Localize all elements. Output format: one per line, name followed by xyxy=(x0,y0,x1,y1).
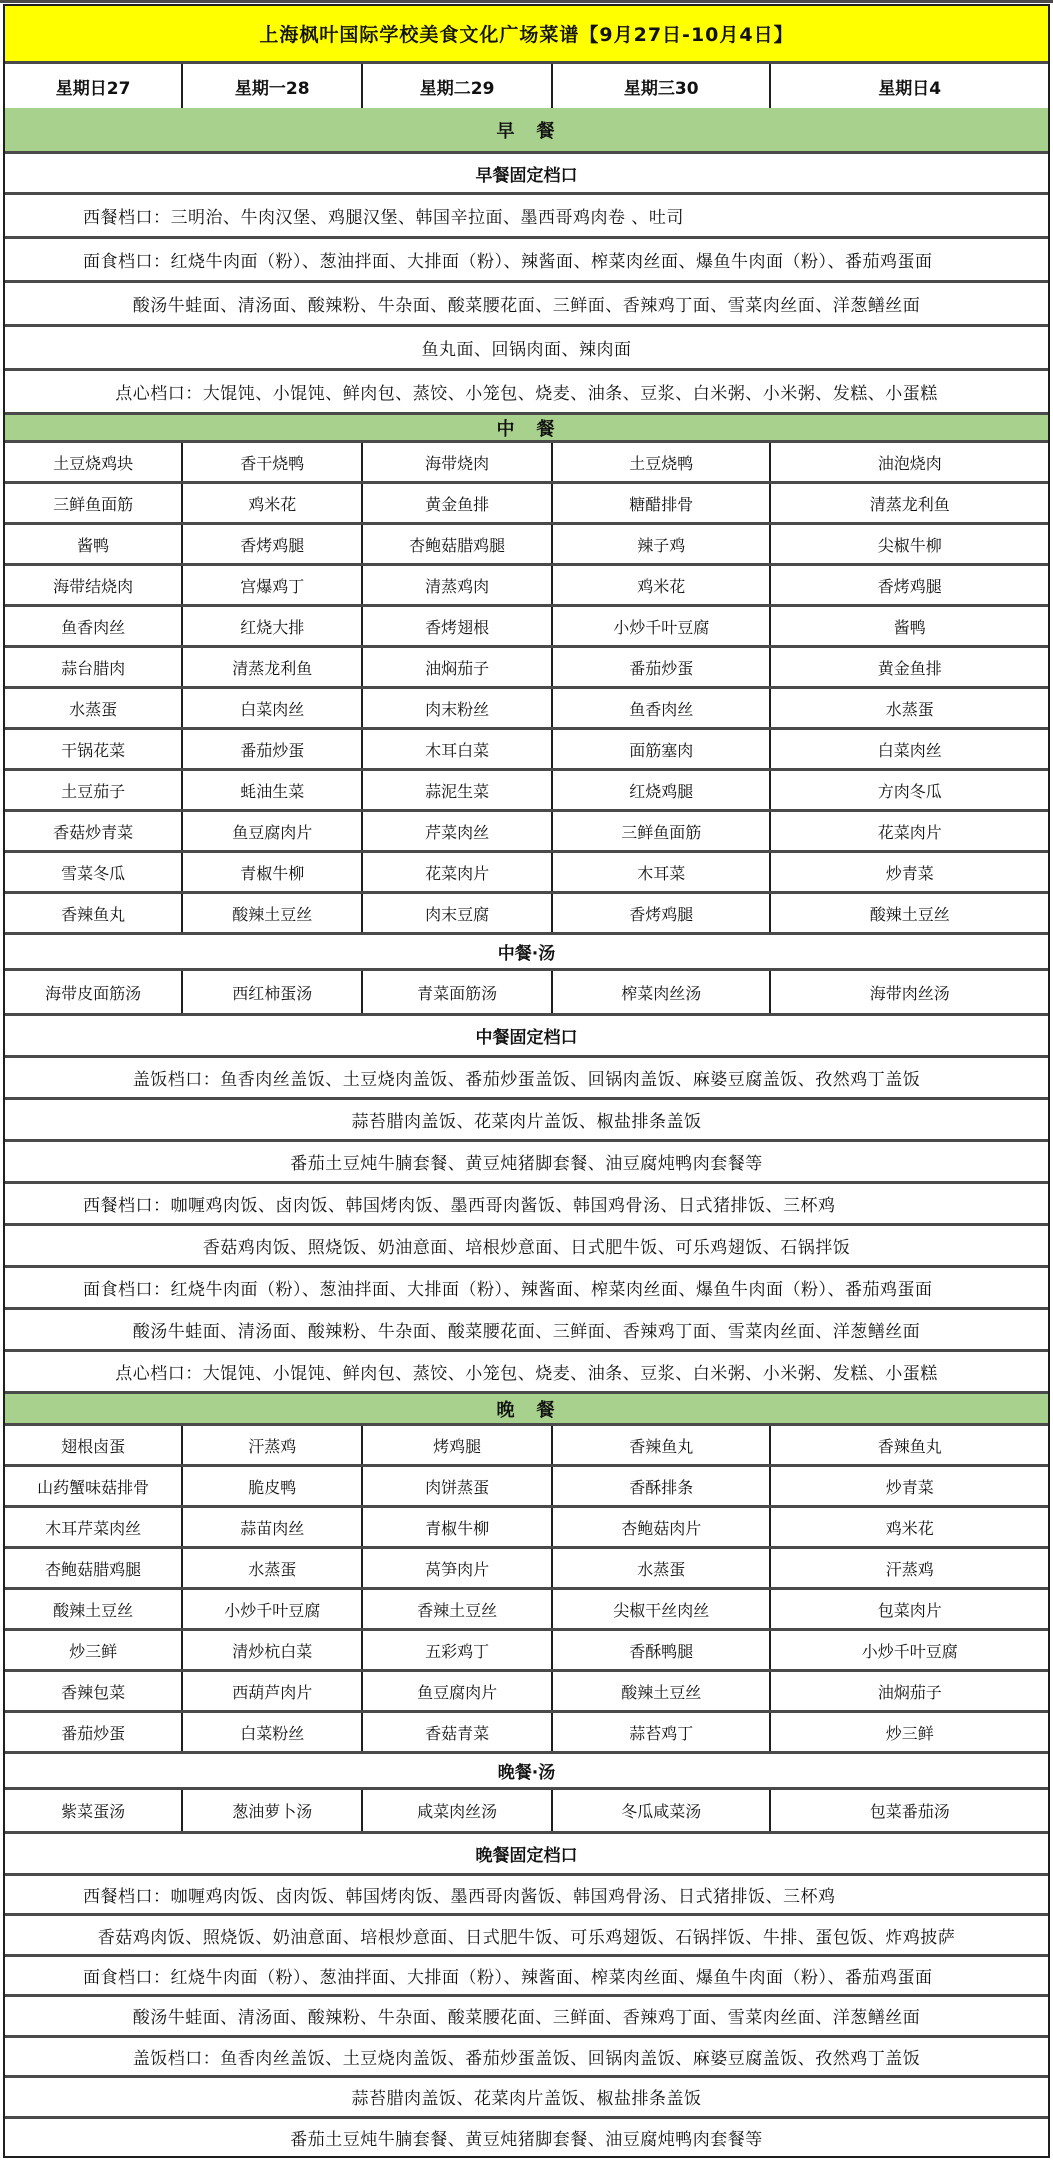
lunch-soup-cell: 海带皮面筋汤 xyxy=(5,971,181,1013)
menu-title: 上海枫叶国际学校美食文化广场菜谱【9月27日-10月4日】 xyxy=(5,6,1048,61)
dinner-dish-cell: 酸辣土豆丝 xyxy=(5,1590,181,1628)
lunch-dish-cell: 三鲜鱼面筋 xyxy=(5,484,181,522)
dinner-dish-cell: 烤鸡腿 xyxy=(361,1426,551,1464)
dinner-dish-cell: 山药蟹味菇排骨 xyxy=(5,1467,181,1505)
dinner-dish-cell: 水蒸蛋 xyxy=(551,1549,770,1587)
dinner-dish-cell: 杏鲍菇肉片 xyxy=(551,1508,770,1546)
lunch-text-row: 香菇鸡肉饭、照烧饭、奶油意面、培根炒意面、日式肥牛饭、可乐鸡翅饭、石锅拌饭 xyxy=(5,1223,1048,1265)
lunch-dish-cell: 油焖茄子 xyxy=(361,648,551,686)
dinner-dish-cell: 汗蒸鸡 xyxy=(181,1426,361,1464)
dinner-banner: 晚 餐 xyxy=(5,1391,1048,1423)
lunch-dish-cell: 雪菜冬瓜 xyxy=(5,853,181,891)
dinner-dish-cell: 炒三鲜 xyxy=(769,1713,1048,1751)
lunch-dish-cell-row: 海带结烧肉宫爆鸡丁清蒸鸡肉鸡米花香烤鸡腿 xyxy=(5,563,1048,604)
dinner-dish-cell: 小炒千叶豆腐 xyxy=(181,1590,361,1628)
lunch-dish-cell: 香菇炒青菜 xyxy=(5,812,181,850)
lunch-dish-cell: 香辣鱼丸 xyxy=(5,894,181,932)
lunch-dish-cell: 红烧鸡腿 xyxy=(551,771,770,809)
dinner-dish-cell: 香辣鱼丸 xyxy=(769,1426,1048,1464)
lunch-dish-cell-row: 土豆茄子蚝油生菜蒜泥生菜红烧鸡腿方肉冬瓜 xyxy=(5,768,1048,809)
dinner-dish-cell: 五彩鸡丁 xyxy=(361,1631,551,1669)
dinner-soup-cell: 葱油萝卜汤 xyxy=(181,1790,361,1831)
dinner-dish-cell: 白菜粉丝 xyxy=(181,1713,361,1751)
lunch-dish-cell: 花菜肉片 xyxy=(361,853,551,891)
dinner-dish-cell: 炒三鲜 xyxy=(5,1631,181,1669)
lunch-dish-cell: 黄金鱼排 xyxy=(361,484,551,522)
lunch-dish-cell: 糖醋排骨 xyxy=(551,484,770,522)
day-cell: 星期三30 xyxy=(551,64,770,108)
lunch-dish-cell-row: 干锅花菜番茄炒蛋木耳白菜面筋塞肉白菜肉丝 xyxy=(5,727,1048,768)
lunch-dish-cell: 海带结烧肉 xyxy=(5,566,181,604)
lunch-dish-cell: 香干烧鸭 xyxy=(181,443,361,481)
dinner-dish-cell: 蒜苔鸡丁 xyxy=(551,1713,770,1751)
menu-page: 上海枫叶国际学校美食文化广场菜谱【9月27日-10月4日】 星期日27星期一28… xyxy=(0,0,1053,2160)
breakfast-text-row: 点心档口：大馄饨、小馄饨、鲜肉包、蒸饺、小笼包、烧麦、油条、豆浆、白米粥、小米粥… xyxy=(5,368,1048,412)
dinner-soup-cell: 紫菜蛋汤 xyxy=(5,1790,181,1831)
dinner-text-row: 西餐档口：咖喱鸡肉饭、卤肉饭、韩国烤肉饭、墨西哥肉酱饭、韩国鸡骨汤、日式猪排饭、… xyxy=(5,1873,1048,1913)
lunch-dish-cell: 鸡米花 xyxy=(181,484,361,522)
dinner-dish-cell-row: 番茄炒蛋白菜粉丝香菇青菜蒜苔鸡丁炒三鲜 xyxy=(5,1710,1048,1751)
lunch-dish-cell: 鱼香肉丝 xyxy=(5,607,181,645)
lunch-dish-cell: 肉末豆腐 xyxy=(361,894,551,932)
dinner-dish-cell: 蒜苗肉丝 xyxy=(181,1508,361,1546)
dinner-soup-cell: 咸菜肉丝汤 xyxy=(361,1790,551,1831)
breakfast-text-row: 西餐档口：三明治、牛肉汉堡、鸡腿汉堡、韩国辛拉面、墨西哥鸡肉卷 、吐司 xyxy=(5,192,1048,236)
dinner-dish-cell: 番茄炒蛋 xyxy=(5,1713,181,1751)
lunch-dish-cell: 水蒸蛋 xyxy=(769,689,1048,727)
lunch-dish-cell: 香烤鸡腿 xyxy=(769,566,1048,604)
lunch-dish-cell-row: 香辣鱼丸酸辣土豆丝肉末豆腐香烤鸡腿酸辣土豆丝 xyxy=(5,891,1048,932)
dinner-dish-cell: 木耳芹菜肉丝 xyxy=(5,1508,181,1546)
dinner-text-row: 番茄土豆炖牛腩套餐、黄豆炖猪脚套餐、油豆腐炖鸭肉套餐等 xyxy=(5,2116,1048,2156)
lunch-dish-cell: 红烧大排 xyxy=(181,607,361,645)
lunch-dish-cell-row: 三鲜鱼面筋鸡米花黄金鱼排糖醋排骨清蒸龙利鱼 xyxy=(5,481,1048,522)
day-cell: 星期一28 xyxy=(181,64,361,108)
lunch-dish-cell: 白菜肉丝 xyxy=(769,730,1048,768)
day-header-row: 星期日27星期一28星期二29星期三30星期日4 xyxy=(5,61,1048,108)
lunch-dish-cell: 黄金鱼排 xyxy=(769,648,1048,686)
lunch-dish-cell: 宫爆鸡丁 xyxy=(181,566,361,604)
lunch-dish-cell: 鸡米花 xyxy=(551,566,770,604)
lunch-fixed-header: 中餐固定档口 xyxy=(5,1013,1048,1055)
dinner-dish-cell-row: 炒三鲜清炒杭白菜五彩鸡丁香酥鸭腿小炒千叶豆腐 xyxy=(5,1628,1048,1669)
lunch-dish-cell: 鱼香肉丝 xyxy=(551,689,770,727)
lunch-dish-cell: 三鲜鱼面筋 xyxy=(551,812,770,850)
lunch-banner: 中 餐 xyxy=(5,412,1048,440)
dinner-dish-cell-row: 香辣包菜西葫芦肉片鱼豆腐肉片酸辣土豆丝油焖茄子 xyxy=(5,1669,1048,1710)
lunch-text-row: 酸汤牛蛙面、清汤面、酸辣粉、牛杂面、酸菜腰花面、三鲜面、香辣鸡丁面、雪菜肉丝面、… xyxy=(5,1307,1048,1349)
lunch-dish-cell: 土豆茄子 xyxy=(5,771,181,809)
lunch-dish-cell: 木耳菜 xyxy=(551,853,770,891)
dinner-dish-cell: 鱼豆腐肉片 xyxy=(361,1672,551,1710)
lunch-dish-cell: 酸辣土豆丝 xyxy=(181,894,361,932)
lunch-dish-cell: 芹菜肉丝 xyxy=(361,812,551,850)
dinner-dish-cell-row: 杏鲍菇腊鸡腿水蒸蛋莴笋肉片水蒸蛋汗蒸鸡 xyxy=(5,1546,1048,1587)
lunch-dish-cell: 方肉冬瓜 xyxy=(769,771,1048,809)
lunch-dish-cell: 清蒸鸡肉 xyxy=(361,566,551,604)
dinner-dish-cell: 香辣包菜 xyxy=(5,1672,181,1710)
lunch-text-row: 蒜苔腊肉盖饭、花菜肉片盖饭、椒盐排条盖饭 xyxy=(5,1097,1048,1139)
dinner-dish-cell: 鸡米花 xyxy=(769,1508,1048,1546)
lunch-dish-cell: 蒜泥生菜 xyxy=(361,771,551,809)
lunch-text-row: 盖饭档口：鱼香肉丝盖饭、土豆烧肉盖饭、番茄炒蛋盖饭、回锅肉盖饭、麻婆豆腐盖饭、孜… xyxy=(5,1055,1048,1097)
lunch-dish-cell: 肉末粉丝 xyxy=(361,689,551,727)
dinner-dish-cell-row: 木耳芹菜肉丝蒜苗肉丝青椒牛柳杏鲍菇肉片鸡米花 xyxy=(5,1505,1048,1546)
dinner-dish-cell-row: 翅根卤蛋汗蒸鸡烤鸡腿香辣鱼丸香辣鱼丸 xyxy=(5,1423,1048,1464)
lunch-dish-cell: 小炒千叶豆腐 xyxy=(551,607,770,645)
lunch-soup-cell: 海带肉丝汤 xyxy=(769,971,1048,1013)
day-cell: 星期日4 xyxy=(769,64,1048,108)
dinner-text-row: 酸汤牛蛙面、清汤面、酸辣粉、牛杂面、酸菜腰花面、三鲜面、香辣鸡丁面、雪菜肉丝面、… xyxy=(5,1994,1048,2034)
day-cell: 星期日27 xyxy=(5,64,181,108)
dinner-soup-cell: 包菜番茄汤 xyxy=(769,1790,1048,1831)
dinner-text-row: 蒜苔腊肉盖饭、花菜肉片盖饭、椒盐排条盖饭 xyxy=(5,2075,1048,2115)
lunch-soup-cell: 榨菜肉丝汤 xyxy=(551,971,770,1013)
lunch-dish-cell: 油泡烧肉 xyxy=(769,443,1048,481)
lunch-dish-cell-row: 鱼香肉丝红烧大排香烤翅根小炒千叶豆腐酱鸭 xyxy=(5,604,1048,645)
lunch-dish-cell: 土豆烧鸡块 xyxy=(5,443,181,481)
dinner-fixed-header: 晚餐固定档口 xyxy=(5,1831,1048,1873)
dinner-dish-cell: 油焖茄子 xyxy=(769,1672,1048,1710)
lunch-soup-cell: 西红柿蛋汤 xyxy=(181,971,361,1013)
dinner-dish-cell: 青椒牛柳 xyxy=(361,1508,551,1546)
dinner-dish-cell: 酸辣土豆丝 xyxy=(551,1672,770,1710)
dinner-dish-cell: 包菜肉片 xyxy=(769,1590,1048,1628)
dinner-dish-cell: 尖椒干丝肉丝 xyxy=(551,1590,770,1628)
dinner-dish-cell: 清炒杭白菜 xyxy=(181,1631,361,1669)
dinner-dish-cell: 香辣土豆丝 xyxy=(361,1590,551,1628)
lunch-soup-cell: 青菜面筋汤 xyxy=(361,971,551,1013)
dinner-soup-cell: 冬瓜咸菜汤 xyxy=(551,1790,770,1831)
lunch-text-row: 西餐档口：咖喱鸡肉饭、卤肉饭、韩国烤肉饭、墨西哥肉酱饭、韩国鸡骨汤、日式猪排饭、… xyxy=(5,1181,1048,1223)
dinner-dish-cell: 莴笋肉片 xyxy=(361,1549,551,1587)
lunch-dish-cell: 白菜肉丝 xyxy=(181,689,361,727)
breakfast-text-row: 酸汤牛蛙面、清汤面、酸辣粉、牛杂面、酸菜腰花面、三鲜面、香辣鸡丁面、雪菜肉丝面、… xyxy=(5,280,1048,324)
lunch-dish-cell: 酸辣土豆丝 xyxy=(769,894,1048,932)
lunch-dish-cell: 蒜台腊肉 xyxy=(5,648,181,686)
breakfast-text-row: 鱼丸面、回锅肉面、辣肉面 xyxy=(5,324,1048,368)
lunch-soup-cell-row: 海带皮面筋汤西红柿蛋汤青菜面筋汤榨菜肉丝汤海带肉丝汤 xyxy=(5,968,1048,1013)
lunch-dish-cell: 香烤翅根 xyxy=(361,607,551,645)
menu-table: 上海枫叶国际学校美食文化广场菜谱【9月27日-10月4日】 星期日27星期一28… xyxy=(3,4,1050,2158)
lunch-dish-cell: 炒青菜 xyxy=(769,853,1048,891)
lunch-dish-cell: 面筋塞肉 xyxy=(551,730,770,768)
dinner-dish-cell: 香辣鱼丸 xyxy=(551,1426,770,1464)
lunch-soup-header: 中餐·汤 xyxy=(5,932,1048,968)
lunch-dish-cell: 土豆烧鸭 xyxy=(551,443,770,481)
dinner-text-row: 香菇鸡肉饭、照烧饭、奶油意面、培根炒意面、日式肥牛饭、可乐鸡翅饭、石锅拌饭、牛排… xyxy=(5,1913,1048,1953)
lunch-dish-cell-row: 雪菜冬瓜青椒牛柳花菜肉片木耳菜炒青菜 xyxy=(5,850,1048,891)
dinner-dish-cell: 翅根卤蛋 xyxy=(5,1426,181,1464)
dinner-dish-cell: 香菇青菜 xyxy=(361,1713,551,1751)
lunch-dish-cell: 番茄炒蛋 xyxy=(181,730,361,768)
dinner-dish-cell: 香酥排条 xyxy=(551,1467,770,1505)
lunch-dish-cell: 木耳白菜 xyxy=(361,730,551,768)
lunch-dish-cell-row: 香菇炒青菜鱼豆腐肉片芹菜肉丝三鲜鱼面筋花菜肉片 xyxy=(5,809,1048,850)
lunch-dish-cell: 青椒牛柳 xyxy=(181,853,361,891)
breakfast-banner: 早 餐 xyxy=(5,108,1048,151)
lunch-dish-cell: 鱼豆腐肉片 xyxy=(181,812,361,850)
day-cell: 星期二29 xyxy=(361,64,551,108)
breakfast-text-row: 面食档口：红烧牛肉面（粉）、葱油拌面、大排面（粉）、辣酱面、榨菜肉丝面、爆鱼牛肉… xyxy=(5,236,1048,280)
dinner-dish-cell: 水蒸蛋 xyxy=(181,1549,361,1587)
dinner-dish-cell: 西葫芦肉片 xyxy=(181,1672,361,1710)
lunch-dish-cell: 海带烧肉 xyxy=(361,443,551,481)
dinner-dish-cell: 炒青菜 xyxy=(769,1467,1048,1505)
dinner-soup-header: 晚餐·汤 xyxy=(5,1751,1048,1787)
lunch-text-row: 面食档口：红烧牛肉面（粉）、葱油拌面、大排面（粉）、辣酱面、榨菜肉丝面、爆鱼牛肉… xyxy=(5,1265,1048,1307)
lunch-dish-cell: 清蒸龙利鱼 xyxy=(181,648,361,686)
lunch-dish-cell: 花菜肉片 xyxy=(769,812,1048,850)
dinner-text-row: 盖饭档口：鱼香肉丝盖饭、土豆烧肉盖饭、番茄炒蛋盖饭、回锅肉盖饭、麻婆豆腐盖饭、孜… xyxy=(5,2035,1048,2075)
lunch-dish-cell: 尖椒牛柳 xyxy=(769,525,1048,563)
dinner-soup-cell-row: 紫菜蛋汤葱油萝卜汤咸菜肉丝汤冬瓜咸菜汤包菜番茄汤 xyxy=(5,1787,1048,1831)
dinner-dish-cell: 汗蒸鸡 xyxy=(769,1549,1048,1587)
lunch-dish-cell: 杏鲍菇腊鸡腿 xyxy=(361,525,551,563)
lunch-dish-cell: 清蒸龙利鱼 xyxy=(769,484,1048,522)
lunch-dish-cell: 干锅花菜 xyxy=(5,730,181,768)
dinner-dish-cell: 香酥鸭腿 xyxy=(551,1631,770,1669)
lunch-dish-cell: 番茄炒蛋 xyxy=(551,648,770,686)
lunch-dish-cell-row: 酱鸭香烤鸡腿杏鲍菇腊鸡腿辣子鸡尖椒牛柳 xyxy=(5,522,1048,563)
dinner-dish-cell: 小炒千叶豆腐 xyxy=(769,1631,1048,1669)
lunch-dish-cell: 酱鸭 xyxy=(5,525,181,563)
lunch-dish-cell: 香烤鸡腿 xyxy=(181,525,361,563)
lunch-dish-cell-row: 水蒸蛋白菜肉丝肉末粉丝鱼香肉丝水蒸蛋 xyxy=(5,686,1048,727)
lunch-dish-cell-row: 蒜台腊肉清蒸龙利鱼油焖茄子番茄炒蛋黄金鱼排 xyxy=(5,645,1048,686)
lunch-dish-cell: 香烤鸡腿 xyxy=(551,894,770,932)
breakfast-fixed-header: 早餐固定档口 xyxy=(5,151,1048,192)
dinner-dish-cell: 肉饼蒸蛋 xyxy=(361,1467,551,1505)
dinner-dish-cell: 脆皮鸭 xyxy=(181,1467,361,1505)
lunch-dish-cell-row: 土豆烧鸡块香干烧鸭海带烧肉土豆烧鸭油泡烧肉 xyxy=(5,440,1048,481)
dinner-dish-cell-row: 酸辣土豆丝小炒千叶豆腐香辣土豆丝尖椒干丝肉丝包菜肉片 xyxy=(5,1587,1048,1628)
lunch-dish-cell: 酱鸭 xyxy=(769,607,1048,645)
dinner-dish-cell-row: 山药蟹味菇排骨脆皮鸭肉饼蒸蛋香酥排条炒青菜 xyxy=(5,1464,1048,1505)
dinner-text-row: 面食档口：红烧牛肉面（粉）、葱油拌面、大排面（粉）、辣酱面、榨菜肉丝面、爆鱼牛肉… xyxy=(5,1954,1048,1994)
lunch-text-row: 点心档口：大馄饨、小馄饨、鲜肉包、蒸饺、小笼包、烧麦、油条、豆浆、白米粥、小米粥… xyxy=(5,1349,1048,1391)
dinner-dish-cell: 杏鲍菇腊鸡腿 xyxy=(5,1549,181,1587)
lunch-text-row: 番茄土豆炖牛腩套餐、黄豆炖猪脚套餐、油豆腐炖鸭肉套餐等 xyxy=(5,1139,1048,1181)
lunch-dish-cell: 蚝油生菜 xyxy=(181,771,361,809)
lunch-dish-cell: 辣子鸡 xyxy=(551,525,770,563)
lunch-dish-cell: 水蒸蛋 xyxy=(5,689,181,727)
